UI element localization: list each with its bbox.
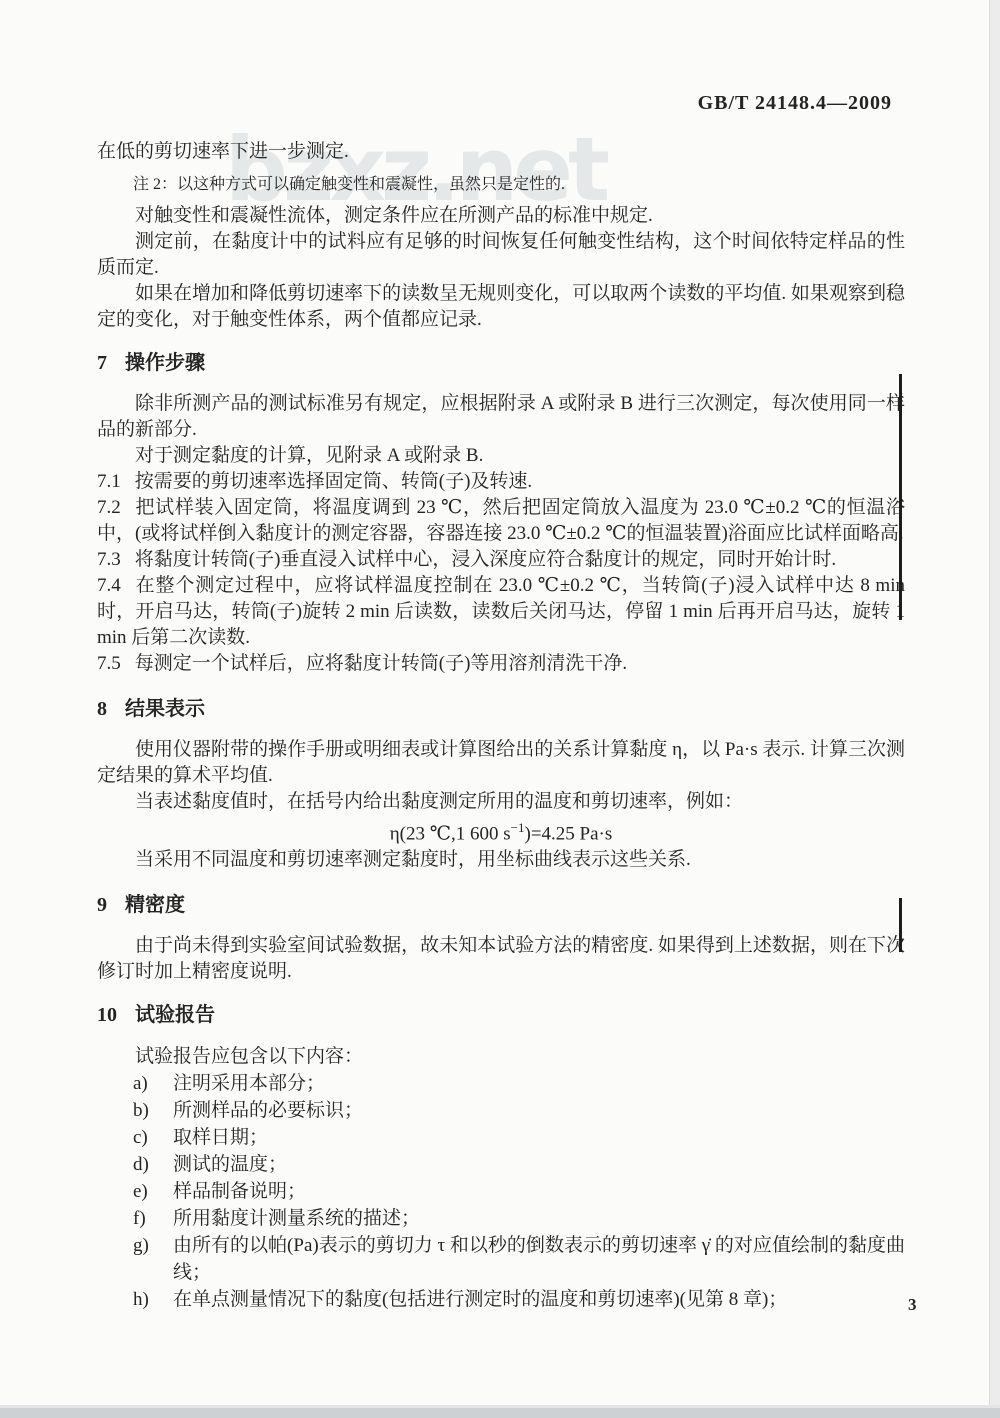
report-list-item-g: g)由所有的以帕(Pa)表示的剪切力 τ 和以秒的倒数表示的剪切速率 γ̇ 的对… [97, 1232, 905, 1286]
paragraph-continued: 在低的剪切速率下进一步测定. [97, 139, 905, 165]
step-text: 每测定一个试样后，应将黏度计转筒(子)等用溶剂清洗干净. [135, 653, 627, 674]
list-label: g) [133, 1232, 173, 1286]
paragraph: 使用仪器附带的操作手册或明细表或计算图给出的关系计算黏度 η，以 Pa·s 表示… [97, 737, 905, 789]
step-number: 7.1 [97, 469, 121, 495]
page-number: 3 [908, 1295, 917, 1315]
scan-bottom-edge [0, 1405, 1000, 1418]
paragraph: 除非所测产品的测试标准另有规定，应根据附录 A 或附录 B 进行三次测定，每次使… [97, 391, 905, 443]
standard-number-header: GB/T 24148.4—2009 [698, 92, 892, 115]
report-list-item-d: d)测试的温度； [97, 1151, 905, 1178]
section-title: 试验报告 [135, 1004, 215, 1026]
step-number: 7.2 [97, 495, 121, 521]
note-2: 注 2：以这种方式可以确定触变性和震凝性，虽然只是定性的. [97, 173, 905, 197]
section-title: 精密度 [125, 894, 185, 916]
paragraph: 当采用不同温度和剪切速率测定黏度时，用坐标曲线表示这些关系. [97, 847, 905, 873]
paragraph: 测定前，在黏度计中的试料应有足够的时间恢复任何触变性结构，这个时间依特定样品的性… [97, 229, 905, 281]
step-number: 7.3 [97, 547, 121, 573]
list-label: c) [133, 1124, 173, 1151]
list-text: 样品制备说明； [173, 1178, 905, 1205]
change-marker-bar [899, 374, 902, 620]
step-7-1: 7.1按需要的剪切速率选择固定筒、转筒(子)及转速. [97, 469, 905, 495]
step-text: 按需要的剪切速率选择固定筒、转筒(子)及转速. [135, 471, 532, 492]
step-7-2: 7.2把试样装入固定筒，将温度调到 23 ℃，然后把固定筒放入温度为 23.0 … [97, 495, 905, 547]
section-title: 操作步骤 [125, 352, 205, 374]
report-list-item-c: c)取样日期； [97, 1124, 905, 1151]
step-text: 将黏度计转筒(子)垂直浸入试样中心，浸入深度应符合黏度计的规定，同时开始计时. [135, 549, 836, 570]
document-page: bzxz.net GB/T 24148.4—2009 在低的剪切速率下进一步测定… [0, 0, 1000, 1418]
list-text: 所测样品的必要标识； [173, 1097, 905, 1124]
step-number: 7.4 [97, 573, 121, 599]
list-label: b) [133, 1097, 173, 1124]
section-7-heading: 7操作步骤 [97, 349, 905, 377]
paragraph: 试验报告应包含以下内容： [97, 1044, 905, 1070]
report-list-item-h: h)在单点测量情况下的黏度(包括进行测定时的温度和剪切速率)(见第 8 章)； [97, 1286, 905, 1313]
paragraph: 当表述黏度值时，在括号内给出黏度测定所用的温度和剪切速率，例如： [97, 789, 905, 815]
formula-pre: η(23 ℃,1 600 s [390, 823, 511, 844]
list-text: 注明采用本部分； [173, 1070, 905, 1097]
list-label: e) [133, 1178, 173, 1205]
change-marker-bar [899, 898, 902, 952]
section-title: 结果表示 [125, 698, 205, 720]
list-label: a) [133, 1070, 173, 1097]
section-number: 7 [97, 349, 107, 377]
viscosity-formula: η(23 ℃,1 600 s−1)=4.25 Pa·s [97, 815, 905, 847]
formula-exponent: −1 [511, 820, 525, 835]
step-number: 7.5 [97, 651, 121, 677]
formula-post: )=4.25 Pa·s [525, 823, 613, 844]
paragraph: 由于尚未得到实验室间试验数据，故未知本试验方法的精密度. 如果得到上述数据，则在… [97, 933, 905, 985]
section-10-heading: 10试验报告 [97, 1001, 905, 1029]
list-label: d) [133, 1151, 173, 1178]
report-list-item-a: a)注明采用本部分； [97, 1070, 905, 1097]
report-list-item-f: f)所用黏度计测量系统的描述； [97, 1205, 905, 1232]
paragraph: 对触变性和震凝性流体，测定条件应在所测产品的标准中规定. [97, 203, 905, 229]
paragraph: 对于测定黏度的计算，见附录 A 或附录 B. [97, 443, 905, 469]
step-7-4: 7.4在整个测定过程中，应将试样温度控制在 23.0 ℃±0.2 ℃，当转筒(子… [97, 573, 905, 651]
section-9-heading: 9精密度 [97, 891, 905, 919]
step-7-5: 7.5每测定一个试样后，应将黏度计转筒(子)等用溶剂清洗干净. [97, 651, 905, 677]
list-text: 在单点测量情况下的黏度(包括进行测定时的温度和剪切速率)(见第 8 章)； [173, 1286, 905, 1313]
step-7-3: 7.3将黏度计转筒(子)垂直浸入试样中心，浸入深度应符合黏度计的规定，同时开始计… [97, 547, 905, 573]
section-number: 8 [97, 695, 107, 723]
section-number: 9 [97, 891, 107, 919]
list-text: 取样日期； [173, 1124, 905, 1151]
step-text: 把试样装入固定筒，将温度调到 23 ℃，然后把固定筒放入温度为 23.0 ℃±0… [97, 497, 905, 544]
report-list-item-e: e)样品制备说明； [97, 1178, 905, 1205]
list-text: 由所有的以帕(Pa)表示的剪切力 τ 和以秒的倒数表示的剪切速率 γ̇ 的对应值… [173, 1232, 905, 1286]
section-number: 10 [97, 1001, 117, 1029]
section-8-heading: 8结果表示 [97, 695, 905, 723]
paragraph: 如果在增加和降低剪切速率下的读数呈无规则变化，可以取两个读数的平均值. 如果观察… [97, 281, 905, 333]
scan-right-edge [989, 0, 1000, 1418]
page-body: 在低的剪切速率下进一步测定. 注 2：以这种方式可以确定触变性和震凝性，虽然只是… [97, 139, 905, 1313]
list-label: f) [133, 1205, 173, 1232]
list-text: 测试的温度； [173, 1151, 905, 1178]
step-text: 在整个测定过程中，应将试样温度控制在 23.0 ℃±0.2 ℃，当转筒(子)浸入… [97, 575, 905, 648]
report-list-item-b: b)所测样品的必要标识； [97, 1097, 905, 1124]
list-label: h) [133, 1286, 173, 1313]
list-text: 所用黏度计测量系统的描述； [173, 1205, 905, 1232]
